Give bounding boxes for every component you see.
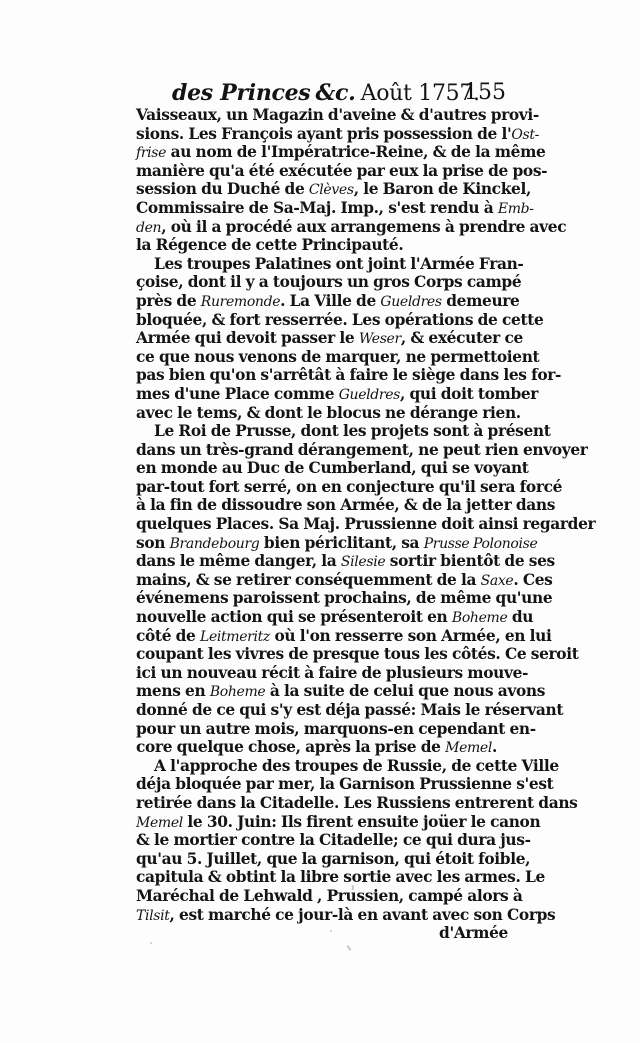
scan-speck — [330, 930, 332, 932]
text-line: événemens paroissent prochains, de même … — [136, 589, 508, 608]
text-segment: pas bien qu'on s'arrêtât à faire le sièg… — [136, 366, 561, 384]
text-line: pour un autre mois, marquons-en cependan… — [136, 720, 508, 739]
text-line: frise au nom de l'Impératrice-Reine, & d… — [136, 143, 508, 162]
text-line: Les troupes Palatines ont joint l'Armée … — [136, 255, 508, 274]
text-line: son Brandebourg bien périclitant, sa Pru… — [136, 534, 508, 553]
text-line: bloquée, & fort resserrée. Les opération… — [136, 311, 508, 330]
text-line: Maréchal de Lehwald , Prussien, campé al… — [136, 887, 508, 906]
text-segment: bien périclitant, sa — [259, 534, 423, 552]
text-segment: capitula & obtint la libre sortie avec l… — [136, 868, 545, 886]
text-segment: mens en — [136, 682, 210, 700]
text-segment: Vaisseaux, un Magazin d'aveine & d'autre… — [136, 106, 539, 124]
text-line: Tilsit, est marché ce jour-là en avant a… — [136, 906, 508, 925]
text-segment: . Ces — [513, 571, 552, 589]
text-line: ce que nous venons de marquer, ne permet… — [136, 348, 508, 367]
text-segment: par-tout fort serré, on en conjecture qu… — [136, 478, 562, 496]
text-segment: près de — [136, 292, 201, 310]
text-line: çoise, dont il y a toujours un gros Corp… — [136, 273, 508, 292]
text-segment: Maréchal de Lehwald , Prussien, campé al… — [136, 887, 523, 905]
text-segment: , est marché ce jour-là en avant avec so… — [169, 906, 555, 924]
text-line: sions. Les François ayant pris possessio… — [136, 125, 508, 144]
italic-proper-noun: Gueldres — [380, 294, 441, 310]
text-segment: sions. Les François ayant pris possessio… — [136, 125, 511, 143]
text-line: capitula & obtint la libre sortie avec l… — [136, 868, 508, 887]
italic-proper-noun: Weser — [359, 331, 401, 347]
text-line: Memel le 30. Juin: Ils firent ensuite jo… — [136, 813, 508, 832]
italic-proper-noun: Saxe — [481, 573, 514, 589]
text-segment: à la suite de celui que nous avons — [265, 682, 545, 700]
book-page: des Princes &c. Août 1757. 155 Vaisseaux… — [0, 0, 640, 1043]
text-line: retirée dans la Citadelle. Les Russiens … — [136, 794, 508, 813]
text-segment: . — [492, 738, 497, 756]
text-line: ici un nouveau récit à faire de plusieur… — [136, 664, 508, 683]
scan-speck — [150, 942, 152, 944]
text-line: Commissaire de Sa-Maj. Imp., s'est rendu… — [136, 199, 508, 218]
text-segment: core quelque chose, après la prise de — [136, 738, 445, 756]
text-segment: son — [136, 534, 170, 552]
italic-proper-noun: Memel — [445, 740, 492, 756]
text-segment: Commissaire de Sa-Maj. Imp., s'est rendu… — [136, 199, 498, 217]
text-segment: mes d'une Place comme — [136, 385, 339, 403]
text-segment: au nom de l'Impératrice-Reine, & de la m… — [166, 143, 545, 161]
text-segment: ce que nous venons de marquer, ne permet… — [136, 348, 539, 366]
italic-proper-noun: Ost- — [511, 127, 539, 143]
running-title: des Princes — [172, 80, 310, 106]
text-line: pas bien qu'on s'arrêtât à faire le sièg… — [136, 366, 508, 385]
text-line: donné de ce qui s'y est déja passé: Mais… — [136, 701, 508, 720]
text-segment: la Régence de cette Principauté. — [136, 236, 403, 254]
text-segment: session du Duché de — [136, 180, 309, 198]
page-number: 155 — [464, 80, 506, 106]
text-segment: ici un nouveau récit à faire de plusieur… — [136, 664, 528, 682]
italic-proper-noun: den — [136, 220, 161, 236]
text-segment: retirée dans la Citadelle. Les Russiens … — [136, 794, 578, 812]
text-segment: avec le tems, & dont le blocus ne dérang… — [136, 404, 521, 422]
text-line: manière qu'a été exécutée par eux la pri… — [136, 162, 508, 181]
text-segment: qu'au 5. Juillet, que la garnison, qui é… — [136, 850, 530, 868]
text-segment: Armée qui devoit passer le — [136, 329, 359, 347]
text-segment: à la fin de dissoudre son Armée, & de la… — [136, 496, 555, 514]
italic-proper-noun: Tilsit — [136, 908, 169, 924]
text-line: près de Ruremonde. La Ville de Gueldres … — [136, 292, 508, 311]
text-line: déja bloquée par mer, la Garnison Prussi… — [136, 775, 508, 794]
text-segment: nouvelle action qui se présenteroit en — [136, 608, 452, 626]
text-segment: le 30. Juin: Ils firent ensuite joüer le… — [183, 813, 540, 831]
text-line: mains, & se retirer conséquemment de la … — [136, 571, 508, 590]
text-segment: bloquée, & fort resserrée. Les opération… — [136, 311, 543, 329]
italic-proper-noun: Emb- — [498, 201, 534, 217]
text-segment: . La Ville de — [280, 292, 380, 310]
text-line: & le mortier contre la Citadelle; ce qui… — [136, 831, 508, 850]
text-segment: manière qu'a été exécutée par eux la pri… — [136, 162, 547, 180]
text-line: dans un très-grand dérangement, ne peut … — [136, 441, 508, 460]
text-segment: pour un autre mois, marquons-en cependan… — [136, 720, 536, 738]
text-line: den, où il a procédé aux arrangemens à p… — [136, 218, 508, 237]
running-header: des Princes &c. Août 1757. 155 — [172, 80, 506, 106]
italic-proper-noun: Ruremonde — [201, 294, 280, 310]
body-text: Vaisseaux, un Magazin d'aveine & d'autre… — [136, 106, 508, 943]
text-segment: , le Baron de Kinckel, — [354, 180, 531, 198]
italic-proper-noun: Gueldres — [339, 387, 400, 403]
text-segment: A l'approche des troupes de Russie, de c… — [154, 757, 559, 775]
text-line: nouvelle action qui se présenteroit en B… — [136, 608, 508, 627]
text-segment: d'Armée — [439, 924, 508, 942]
text-line: A l'approche des troupes de Russie, de c… — [136, 757, 508, 776]
text-segment: quelques Places. Sa Maj. Prussienne doit… — [136, 515, 595, 533]
scan-speck — [346, 945, 351, 951]
text-line: la Régence de cette Principauté. — [136, 236, 508, 255]
text-line: à la fin de dissoudre son Armée, & de la… — [136, 496, 508, 515]
text-line: quelques Places. Sa Maj. Prussienne doit… — [136, 515, 508, 534]
text-segment: dans un très-grand dérangement, ne peut … — [136, 441, 588, 459]
text-segment: en monde au Duc de Cumberland, qui se vo… — [136, 459, 529, 477]
text-segment: , où il a procédé aux arrangemens à pren… — [161, 218, 566, 236]
text-line: Vaisseaux, un Magazin d'aveine & d'autre… — [136, 106, 508, 125]
text-segment: çoise, dont il y a toujours un gros Corp… — [136, 273, 521, 291]
text-segment: donné de ce qui s'y est déja passé: Mais… — [136, 701, 563, 719]
text-line: session du Duché de Clèves, le Baron de … — [136, 180, 508, 199]
text-segment: coupant les vivres de presque tous les c… — [136, 645, 578, 663]
text-line: avec le tems, & dont le blocus ne dérang… — [136, 404, 508, 423]
italic-proper-noun: Leitmeritz — [200, 629, 270, 645]
text-line: Le Roi de Prusse, dont les projets sont … — [136, 422, 508, 441]
text-line: mens en Boheme à la suite de celui que n… — [136, 682, 508, 701]
text-line: qu'au 5. Juillet, que la garnison, qui é… — [136, 850, 508, 869]
scan-speck — [352, 885, 354, 890]
text-line: Armée qui devoit passer le Weser, & exéc… — [136, 329, 508, 348]
text-line: coupant les vivres de presque tous les c… — [136, 645, 508, 664]
text-line: côté de Leitmeritz où l'on resserre son … — [136, 627, 508, 646]
text-segment: demeure — [442, 292, 520, 310]
text-segment: dans le même danger, la — [136, 552, 341, 570]
italic-proper-noun: Memel — [136, 815, 183, 831]
text-segment: , qui doit tomber — [400, 385, 538, 403]
italic-proper-noun: frise — [136, 145, 166, 161]
text-line: dans le même danger, la Silesie sortir b… — [136, 552, 508, 571]
text-segment: & le mortier contre la Citadelle; ce qui… — [136, 831, 531, 849]
italic-proper-noun: Prusse Polonoise — [424, 536, 538, 552]
text-segment: Le Roi de Prusse, dont les projets sont … — [154, 422, 551, 440]
text-line: core quelque chose, après la prise de Me… — [136, 738, 508, 757]
text-segment: , & exécuter ce — [401, 329, 523, 347]
italic-proper-noun: Boheme — [210, 684, 265, 700]
text-segment: sortir bientôt de ses — [385, 552, 555, 570]
text-segment: événemens paroissent prochains, de même … — [136, 589, 552, 607]
text-line: mes d'une Place comme Gueldres, qui doit… — [136, 385, 508, 404]
text-line: en monde au Duc de Cumberland, qui se vo… — [136, 459, 508, 478]
italic-proper-noun: Boheme — [452, 610, 507, 626]
text-segment: du — [507, 608, 533, 626]
running-title-etc: &c. — [315, 80, 355, 106]
text-segment: déja bloquée par mer, la Garnison Prussi… — [136, 775, 553, 793]
text-segment: côté de — [136, 627, 200, 645]
text-segment: où l'on resserre son Armée, en lui — [270, 627, 552, 645]
running-title-date: Août 1757. — [361, 81, 480, 106]
text-segment: mains, & se retirer conséquemment de la — [136, 571, 481, 589]
italic-proper-noun: Silesie — [341, 554, 385, 570]
italic-proper-noun: Clèves — [309, 182, 354, 198]
italic-proper-noun: Brandebourg — [170, 536, 260, 552]
scan-speck — [245, 915, 247, 918]
text-segment: Les troupes Palatines ont joint l'Armée … — [154, 255, 523, 273]
text-line: par-tout fort serré, on en conjecture qu… — [136, 478, 508, 497]
text-line: d'Armée — [136, 924, 508, 943]
